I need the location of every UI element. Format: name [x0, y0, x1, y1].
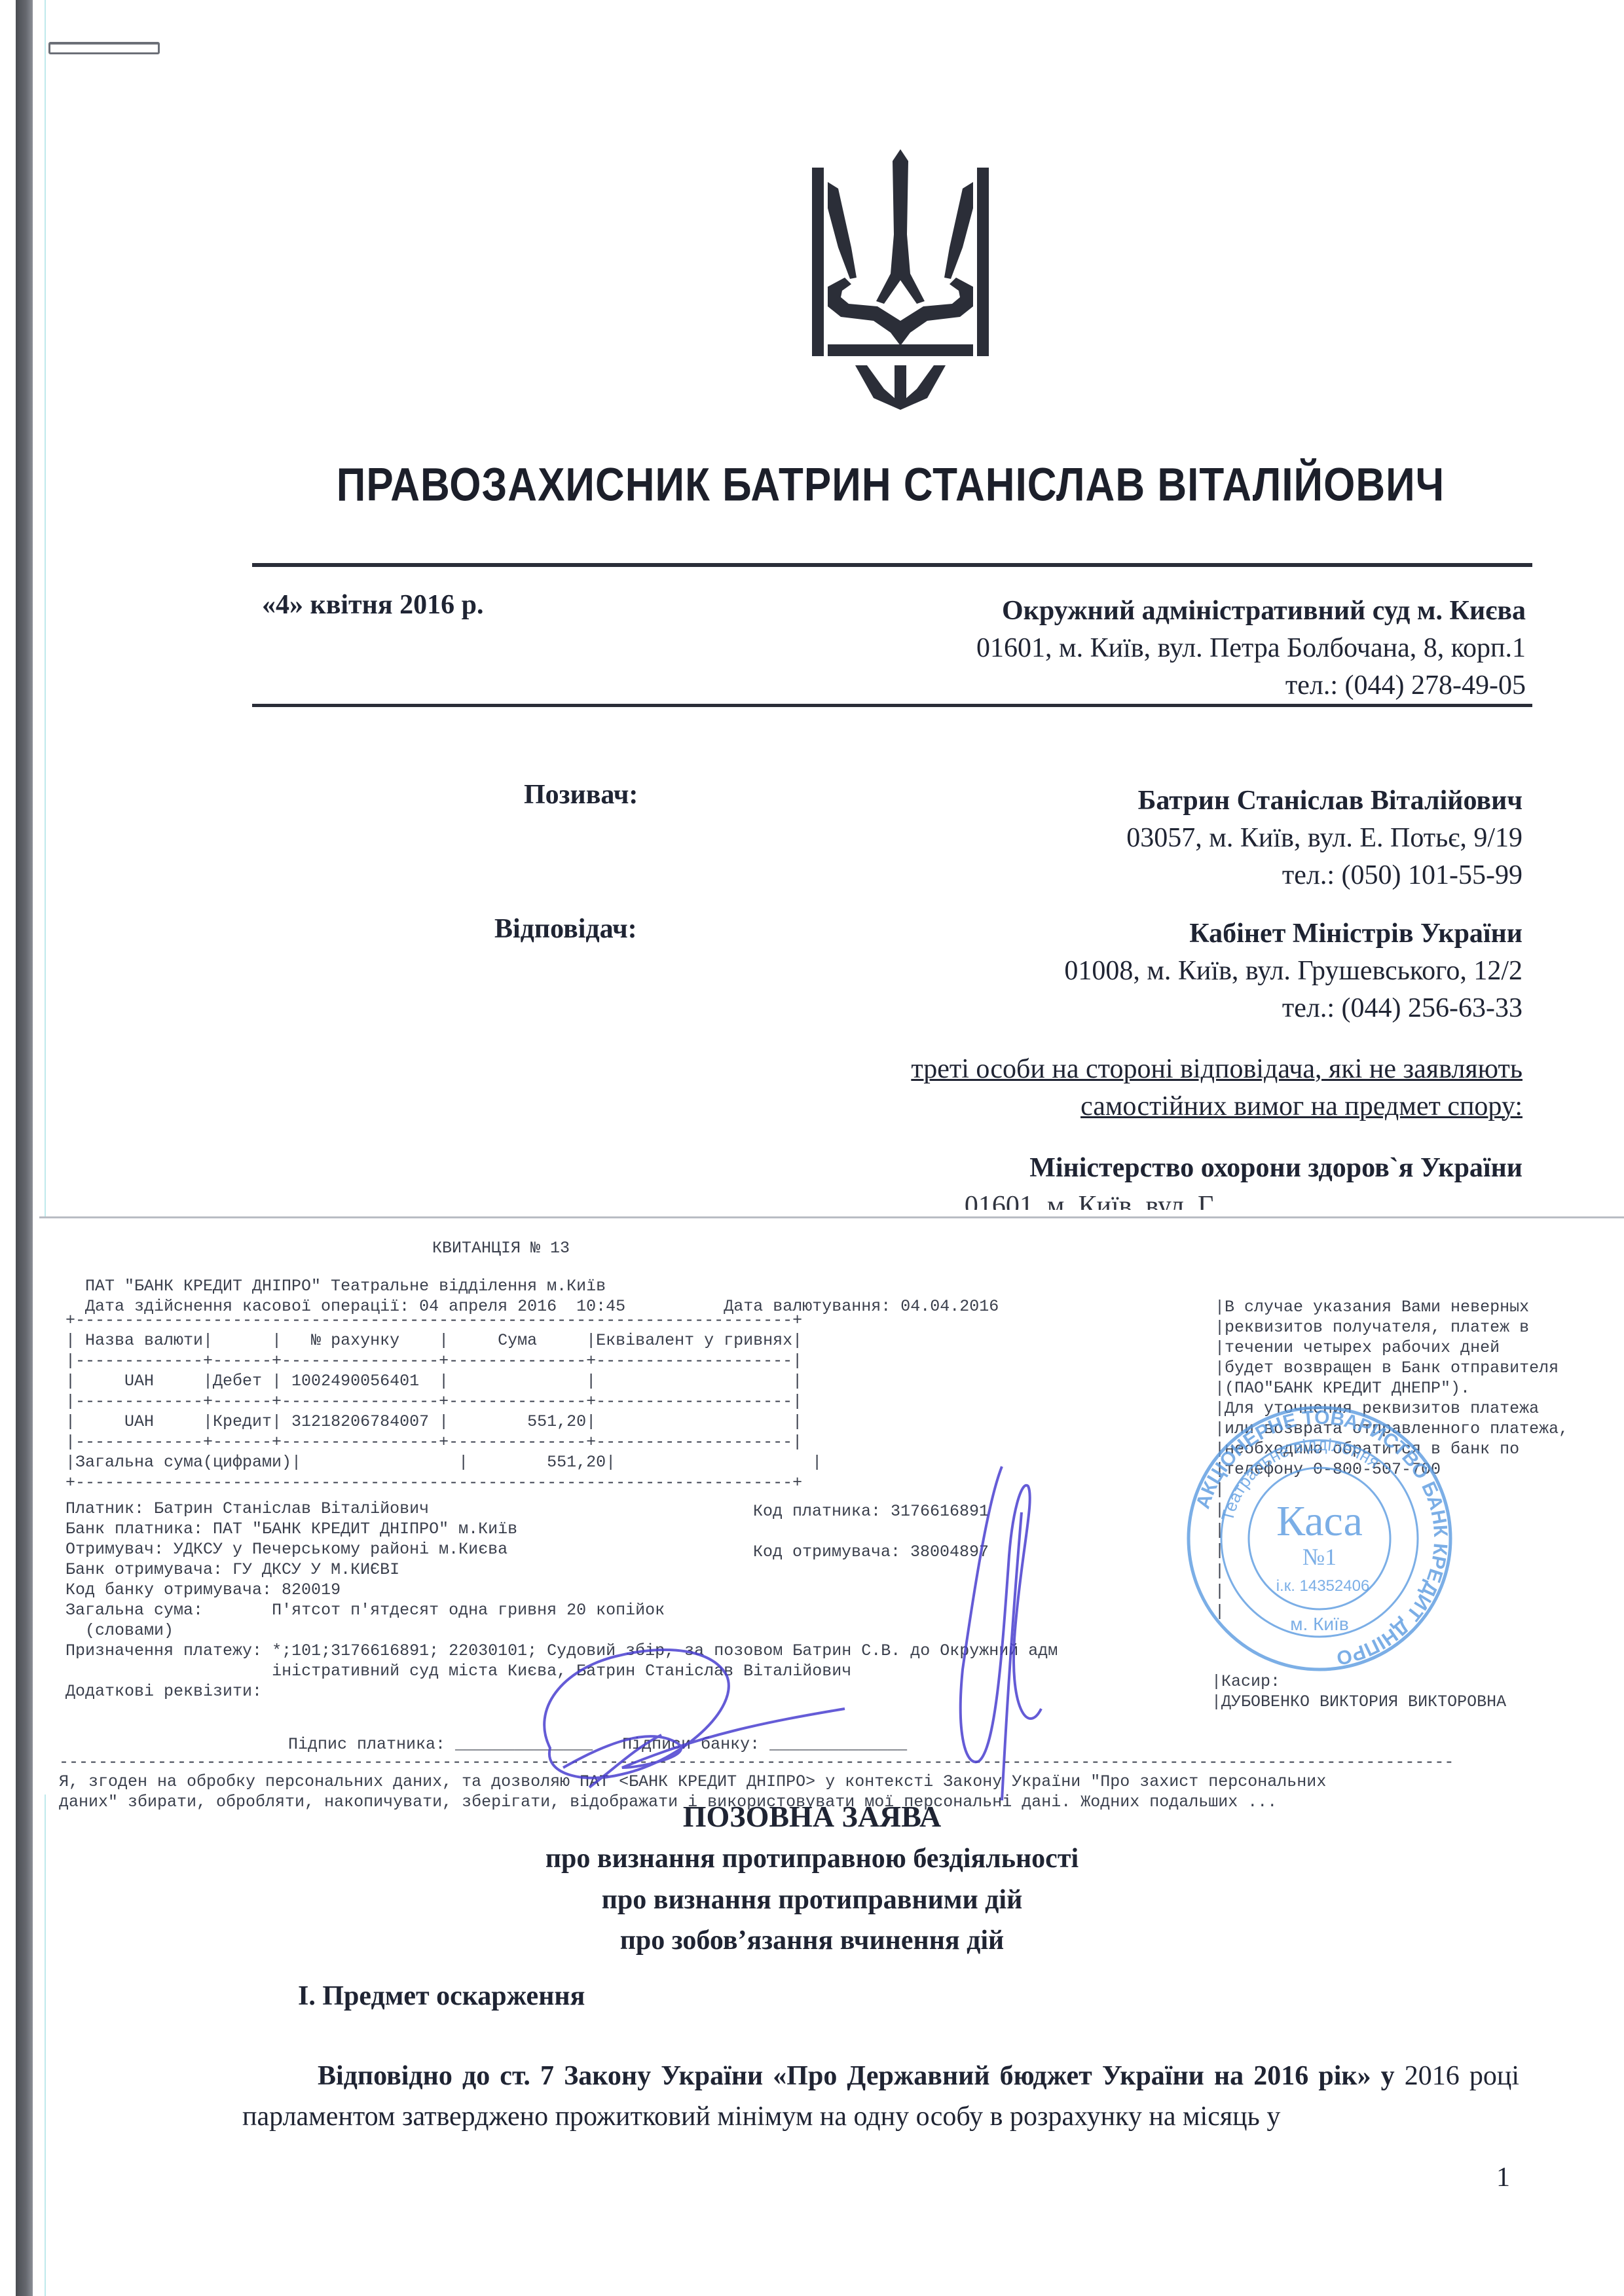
third-parties-line1: треті особи на стороні відповідача, які … — [911, 1054, 1522, 1084]
payer: Платник: Батрин Станіслав Віталійович — [65, 1499, 429, 1518]
court-address: 01601, м. Київ, вул. Петра Болбочана, 8,… — [976, 630, 1526, 667]
plaintiff-phone: тел.: (050) 101-55-99 — [1126, 857, 1522, 894]
plaintiff-label: Позивач: — [524, 779, 638, 811]
receipt-bank-line: ПАТ "БАНК КРЕДИТ ДНІПРО" Театральне відд… — [85, 1277, 606, 1296]
third-parties-line2: самостійних вимог на предмет спору: — [1080, 1091, 1522, 1121]
svg-text:м. Київ: м. Київ — [1290, 1614, 1348, 1634]
purpose-label: Призначення платежу: — [65, 1641, 262, 1660]
header-divider-2 — [252, 704, 1532, 707]
total-words-label: Загальна сума: — [65, 1601, 203, 1620]
header-title: ПРАВОЗАХИСНИК БАТРИН СТАНІСЛАВ ВІТАЛІЙОВ… — [314, 458, 1467, 512]
body-paragraph: Відповідно до ст. 7 Закону України «Про … — [242, 2056, 1519, 2137]
third-parties-label: треті особи на стороні відповідача, які … — [911, 1051, 1522, 1125]
body-bold-text: Відповідно до ст. 7 Закону України «Про … — [318, 2061, 1395, 2091]
handwritten-signature-icon — [504, 1460, 1159, 1800]
ukraine-trident-icon — [812, 149, 989, 411]
payer-signature-label: Підпис платника: — [288, 1735, 445, 1754]
claim-subtitle-1: про визнання протиправною бездіяльності — [0, 1843, 1624, 1874]
third-party-name: Міністерство охорони здоров`я України — [1029, 1152, 1522, 1184]
defendant-label: Відповідач: — [494, 913, 637, 945]
plaintiff-address: 03057, м. Київ, вул. Е. Потьє, 9/19 — [1126, 820, 1522, 857]
page-number: 1 — [1496, 2162, 1510, 2193]
section-heading: І. Предмет оскарження — [298, 1980, 585, 2012]
total-words-sub: (словами) — [85, 1621, 174, 1640]
bank-stamp-icon: АКЦІОНЕРНЕ ТОВАРИСТВО БАНК КРЕДИТ ДНІПРО… — [1182, 1401, 1457, 1676]
recipient-bank-code: Код банку отримувача: 820019 — [65, 1580, 341, 1599]
document-date: «4» квітня 2016 р. — [262, 589, 483, 621]
plaintiff-name: Батрин Станіслав Віталійович — [1126, 782, 1522, 820]
recipient-bank: Банк отримувача: ГУ ДКСУ У М.КИЄВІ — [65, 1560, 399, 1579]
payer-bank: Банк платника: ПАТ "БАНК КРЕДИТ ДНІПРО" … — [65, 1520, 517, 1539]
cashier-name: ДУБОВЕНКО ВИКТОРИЯ ВИКТОРОВНА — [1221, 1692, 1506, 1711]
court-name: Окружний адміністративний суд м. Києва — [976, 592, 1526, 630]
value-date: 04.04.2016 — [900, 1297, 999, 1316]
receipt-title: КВИТАНЦІЯ № 13 — [432, 1238, 570, 1258]
defendant-phone: тел.: (044) 256-63-33 — [1064, 990, 1522, 1027]
svg-text:Каса: Каса — [1276, 1497, 1363, 1545]
defendant-name: Кабінет Міністрів України — [1064, 915, 1522, 953]
claim-subtitle-2: про визнання протиправними дій — [0, 1884, 1624, 1916]
cashier-block: |Касир: |ДУБОВЕНКО ВИКТОРИЯ ВИКТОРОВНА — [1211, 1671, 1506, 1712]
extra-label: Додаткові реквізити: — [65, 1682, 262, 1701]
claim-title: ПОЗОВНА ЗАЯВА — [0, 1799, 1624, 1834]
defendant-block: Кабінет Міністрів України 01008, м. Київ… — [1064, 915, 1522, 1027]
court-block: Окружний адміністративний суд м. Києва 0… — [976, 592, 1526, 704]
svg-text:і.к. 14352406: і.к. 14352406 — [1276, 1577, 1370, 1595]
recipient: Отримувач: УДКСУ у Печерському районі м.… — [65, 1540, 507, 1559]
svg-text:№1: №1 — [1302, 1544, 1337, 1570]
claim-subtitle-3: про зобов’язання вчинення дій — [0, 1925, 1624, 1956]
staple-mark — [48, 42, 160, 54]
defendant-address: 01008, м. Київ, вул. Грушевського, 12/2 — [1064, 953, 1522, 990]
header-divider — [252, 563, 1532, 567]
court-phone: тел.: (044) 278-49-05 — [976, 667, 1526, 704]
plaintiff-block: Батрин Станіслав Віталійович 03057, м. К… — [1126, 782, 1522, 894]
third-party-address-partial: 01601, м. Київ, вул. Г... — [965, 1190, 1231, 1210]
